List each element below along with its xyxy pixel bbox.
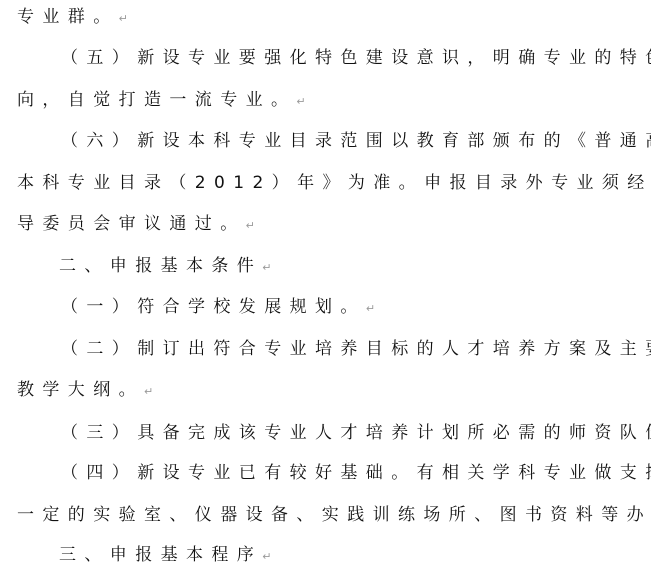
line-text: 专业群。 bbox=[17, 7, 119, 27]
text-line: （六）新设本科专业目录范围以教育部颁布的《普通高等学校 bbox=[61, 126, 651, 156]
line-text: 教学大纲。 bbox=[17, 380, 144, 400]
paragraph-mark-icon: ↵ bbox=[262, 550, 271, 563]
line-text: 本科专业目录（2012）年》为准。申报目录外专业须经学校教学指 bbox=[17, 173, 651, 193]
text-line: （三）具备完成该专业人才培养计划所必需的师资队伍。↵ bbox=[61, 418, 651, 448]
paragraph-mark-icon: ↵ bbox=[144, 385, 153, 398]
text-line: （四）新设专业已有较好基础。有相关学科专业做支撑，具备 bbox=[61, 458, 651, 488]
text-line: 向，自觉打造一流专业。↵ bbox=[17, 85, 306, 115]
line-text: 向，自觉打造一流专业。 bbox=[17, 90, 296, 110]
line-text: （六）新设本科专业目录范围以教育部颁布的《普通高等学校 bbox=[61, 131, 651, 151]
text-line: 一定的实验室、仪器设备、实践训练场所、图书资料等办学条件。↵ bbox=[17, 500, 651, 530]
line-text: （一）符合学校发展规划。 bbox=[61, 297, 366, 317]
text-line: 教学大纲。↵ bbox=[17, 375, 153, 405]
paragraph-mark-icon: ↵ bbox=[119, 12, 128, 25]
line-text: （五）新设专业要强化特色建设意识，明确专业的特色建设方 bbox=[61, 48, 651, 68]
text-line: 导委员会审议通过。↵ bbox=[17, 209, 255, 239]
section-heading: 二、申报基本条件↵ bbox=[59, 251, 271, 281]
line-text: （四）新设专业已有较好基础。有相关学科专业做支撑，具备 bbox=[61, 463, 651, 483]
paragraph-mark-icon: ↵ bbox=[366, 302, 375, 315]
text-line: （二）制订出符合专业培养目标的人才培养方案及主要课程的 bbox=[61, 334, 651, 364]
line-text: 一定的实验室、仪器设备、实践训练场所、图书资料等办学条件。 bbox=[17, 505, 651, 525]
text-line: 专业群。↵ bbox=[17, 2, 128, 32]
paragraph-mark-icon: ↵ bbox=[246, 219, 255, 232]
paragraph-mark-icon: ↵ bbox=[262, 261, 271, 274]
line-text: （三）具备完成该专业人才培养计划所必需的师资队伍。 bbox=[61, 423, 651, 443]
section-heading: 三、申报基本程序↵ bbox=[59, 540, 271, 570]
paragraph-mark-icon: ↵ bbox=[296, 95, 305, 108]
heading-text: 三、申报基本程序 bbox=[59, 545, 262, 565]
line-text: 导委员会审议通过。 bbox=[17, 214, 246, 234]
text-line: （一）符合学校发展规划。↵ bbox=[61, 292, 375, 322]
heading-text: 二、申报基本条件 bbox=[59, 256, 262, 276]
text-line: 本科专业目录（2012）年》为准。申报目录外专业须经学校教学指 bbox=[17, 168, 651, 198]
text-line: （五）新设专业要强化特色建设意识，明确专业的特色建设方 bbox=[61, 43, 651, 73]
line-text: （二）制订出符合专业培养目标的人才培养方案及主要课程的 bbox=[61, 339, 651, 359]
